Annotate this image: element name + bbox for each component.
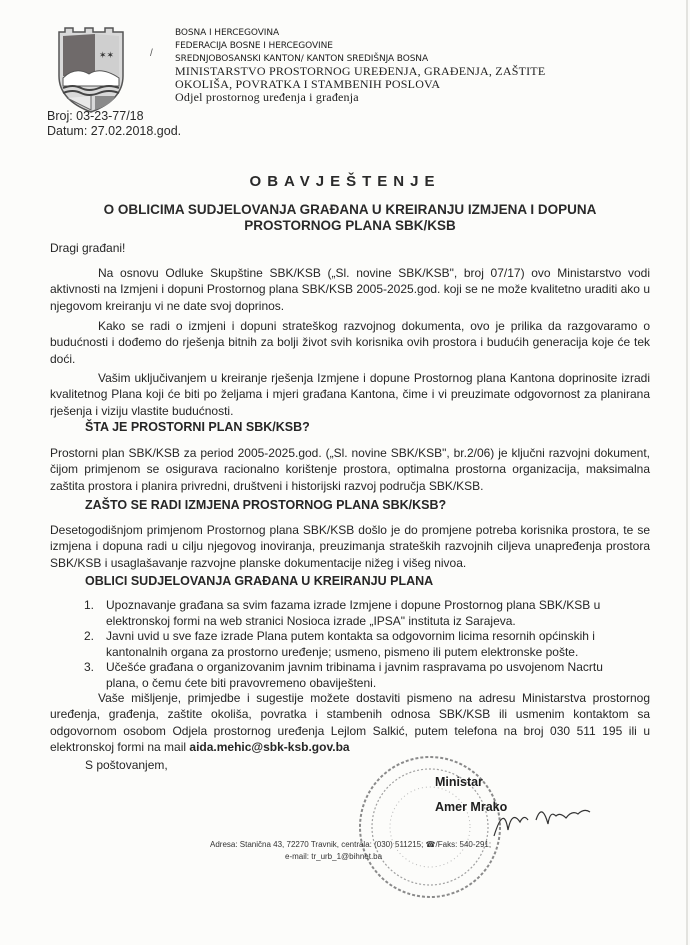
letterhead-department: Odjel prostornog uređenja i građenja [175,91,359,103]
closing-text: Vaše mišljenje, primjedbe i sugestije mo… [50,691,650,754]
paragraph: Na osnovu Odluke Skupštine SBK/KSB („Sl.… [50,265,650,314]
list-number: 1. [84,598,94,614]
handwritten-signature-icon [490,800,600,840]
footer-address: Adresa: Stanična 43, 72270 Travnik, cent… [210,839,510,851]
participation-list: 1.Upoznavanje građana sa svim fazama izr… [84,598,624,691]
paragraph: Vašim uključivanjem u kreiranje rješenja… [50,370,650,419]
section-text: Desetogodišnjom primjenom Prostornog pla… [50,522,650,571]
footer-email: e-mail: tr_urb_1@bihnet.ba [285,851,485,863]
scan-mark: / [150,48,153,59]
salutation: Dragi građani! [50,240,650,256]
contact-email-link[interactable]: aida.mehic@sbk-ksb.gov.ba [189,740,349,754]
letterhead-ministry-cont: OKOLIŠA, POVRATKA I STAMBENIH POSLOVA [175,78,440,90]
svg-text:✶✶: ✶✶ [99,50,114,60]
regards: S poštovanjem, [85,757,285,773]
document-title: OBAVJEŠTENJE [0,173,690,190]
list-item: 3.Učešće građana o organizovanim javnim … [84,660,624,691]
list-text: Učešće građana o organizovanim javnim tr… [106,660,603,690]
reference-number: Broj: 03-23-77/18 [47,109,144,123]
reference-date: Datum: 27.02.2018.god. [47,124,181,138]
paragraph: Kako se radi o izmjeni i dopuni stratešk… [50,318,650,367]
list-number: 3. [84,660,94,676]
list-item: 2.Javni uvid u sve faze izrade Plana put… [84,629,624,660]
section-heading: ŠTA JE PROSTORNI PLAN SBK/KSB? [85,420,310,434]
document-page: ✶✶ / BOSNA I HERCEGOVINA FEDERACIJA BOSN… [0,0,688,945]
section-text: Prostorni plan SBK/KSB za period 2005-20… [50,445,650,494]
closing-paragraph: Vaše mišljenje, primjedbe i sugestije mo… [50,690,650,755]
list-text: Javni uvid u sve faze izrade Plana putem… [106,629,595,659]
signatory-title: Ministar [435,775,483,789]
letterhead-line: BOSNA I HERCEGOVINA [175,27,279,39]
list-text: Upoznavanje građana sa svim fazama izrad… [106,598,600,628]
document-subtitle: O OBLICIMA SUDJELOVANJA GRAĐANA U KREIRA… [60,202,640,234]
list-item: 1.Upoznavanje građana sa svim fazama izr… [84,598,624,629]
coat-of-arms-icon: ✶✶ [55,26,127,114]
section-heading: OBLICI SUDJELOVANJA GRAĐANA U KREIRANJU … [85,574,433,588]
letterhead-line: FEDERACIJA BOSNE I HERCEGOVINE [175,40,333,52]
section-heading: ZAŠTO SE RADI IZMJENA PROSTORNOG PLANA S… [85,498,446,512]
list-number: 2. [84,629,94,645]
letterhead-ministry: MINISTARSTVO PROSTORNOG UREĐENJA, GRAĐEN… [175,65,545,77]
